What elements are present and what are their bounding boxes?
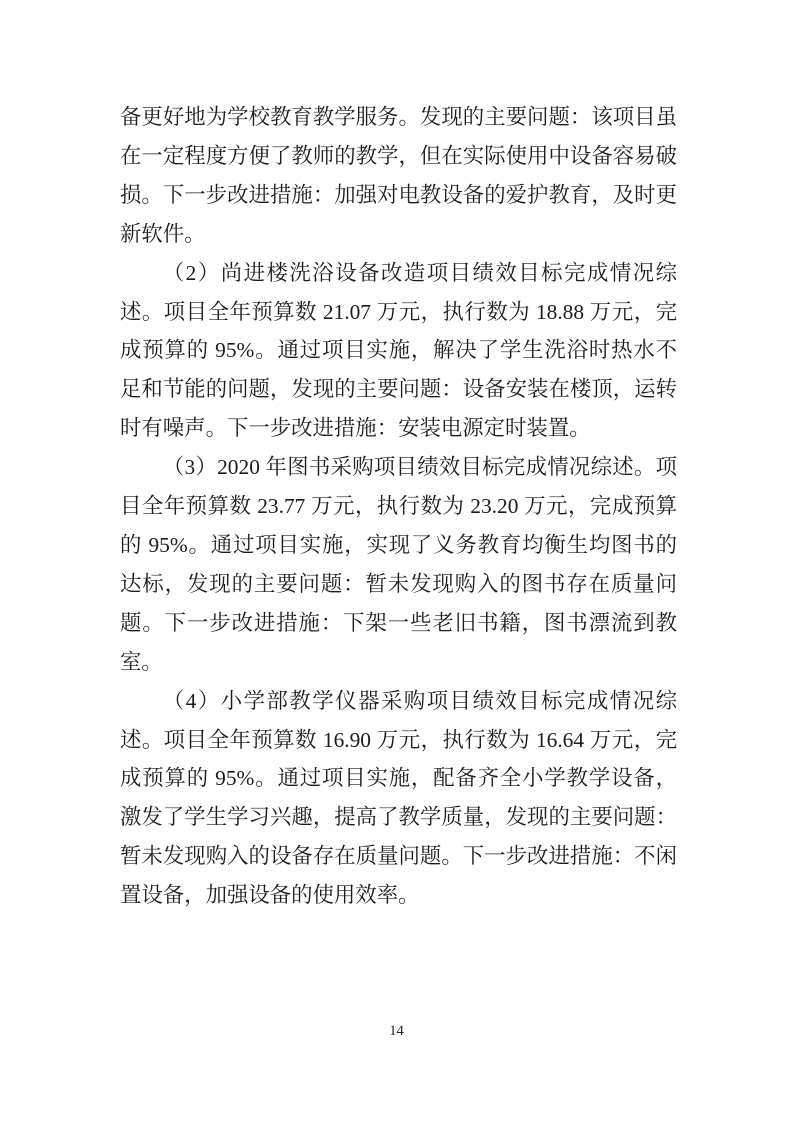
paragraph-item-4: （4）小学部教学仪器采购项目绩效目标完成情况综述。项目全年预算数 16.90 万…: [120, 682, 677, 915]
paragraph-continuation: 备更好地为学校教育教学服务。发现的主要问题：该项目虽在一定程度方便了教师的教学，…: [120, 98, 677, 254]
page-number: 14: [0, 1022, 793, 1040]
document-page: 备更好地为学校教育教学服务。发现的主要问题：该项目虽在一定程度方便了教师的教学，…: [0, 0, 793, 1122]
document-body: 备更好地为学校教育教学服务。发现的主要问题：该项目虽在一定程度方便了教师的教学，…: [120, 98, 677, 915]
paragraph-item-3: （3）2020 年图书采购项目绩效目标完成情况综述。项目全年预算数 23.77 …: [120, 448, 677, 681]
paragraph-item-2: （2）尚进楼洗浴设备改造项目绩效目标完成情况综述。项目全年预算数 21.07 万…: [120, 254, 677, 449]
